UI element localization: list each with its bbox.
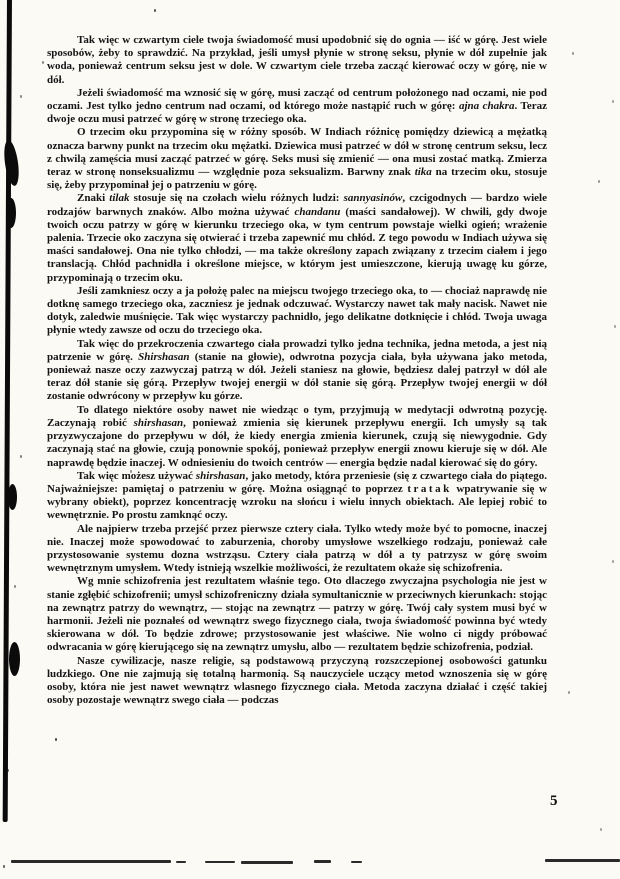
- text-run: Tak więc możesz używać: [77, 470, 196, 482]
- paragraph: Tak więc do przekroczenia czwartego ciał…: [47, 338, 547, 404]
- page-edge-line: [351, 861, 362, 863]
- italic-term: tika: [415, 166, 432, 178]
- italic-term: ajna chakra: [459, 100, 514, 112]
- italic-term: chandanu: [295, 206, 341, 218]
- paragraph: Tak więc możesz używać shirshasan, jako …: [47, 470, 547, 523]
- paragraph: Tak więc w czwartym ciele twoja świadomo…: [47, 34, 547, 87]
- italic-term: shirshasan: [196, 470, 246, 482]
- binding-edge: [3, 0, 12, 822]
- paragraph: Znaki tilak stosuje się na czołach wielu…: [47, 192, 547, 284]
- page-edge-line: [11, 860, 171, 863]
- page-edge-line: [241, 861, 293, 864]
- paragraph: To dlatego niektóre osoby nawet nie wied…: [47, 404, 547, 470]
- text-run: Wg mnie schizofrenia jest rezultatem wła…: [47, 575, 547, 653]
- ink-blob: [9, 642, 20, 676]
- page-text: Tak więc w czwartym ciele twoja świadomo…: [47, 34, 547, 707]
- scanned-book-page: Tak więc w czwartym ciele twoja świadomo…: [0, 0, 620, 879]
- paragraph: Ale najpierw trzeba przejść przez pierws…: [47, 523, 547, 576]
- text-run: Znaki: [77, 192, 109, 204]
- italic-term: shirshasan: [134, 417, 184, 429]
- page-edge-line: [176, 861, 186, 863]
- text-run: stosuje się na czołach wielu różnych lud…: [129, 192, 343, 204]
- text-run: Ale najpierw trzeba przejść przez pierws…: [47, 523, 547, 575]
- paragraph: Nasze cywilizacje, nasze religie, są pod…: [47, 655, 547, 708]
- text-run: Nasze cywilizacje, nasze religie, są pod…: [47, 655, 547, 707]
- scan-speck: [154, 9, 156, 12]
- spaced-term: tratak: [407, 483, 451, 495]
- paragraph: Wg mnie schizofrenia jest rezultatem wła…: [47, 575, 547, 654]
- page-edge-line: [314, 860, 331, 863]
- text-run: Jeśli zamkniesz oczy a ja położę palec n…: [47, 285, 547, 337]
- ink-blob: [2, 139, 21, 186]
- text-run: Tak więc w czwartym ciele twoja świadomo…: [47, 34, 547, 86]
- italic-term: sannyasinów: [344, 192, 403, 204]
- page-edge-line: [545, 859, 620, 862]
- italic-term: tilak: [109, 192, 129, 204]
- paragraph: O trzecim oku przypomina się w różny spo…: [47, 126, 547, 192]
- paragraph: Jeśli zamkniesz oczy a ja położę palec n…: [47, 285, 547, 338]
- italic-term: Shirshasan: [138, 351, 189, 363]
- paragraph: Jeżeli świadomość ma wznosić się w górę,…: [47, 87, 547, 127]
- page-edge-line: [205, 861, 235, 863]
- ink-blob: [6, 198, 16, 228]
- ink-blob: [8, 484, 17, 510]
- page-number: 5: [550, 793, 558, 810]
